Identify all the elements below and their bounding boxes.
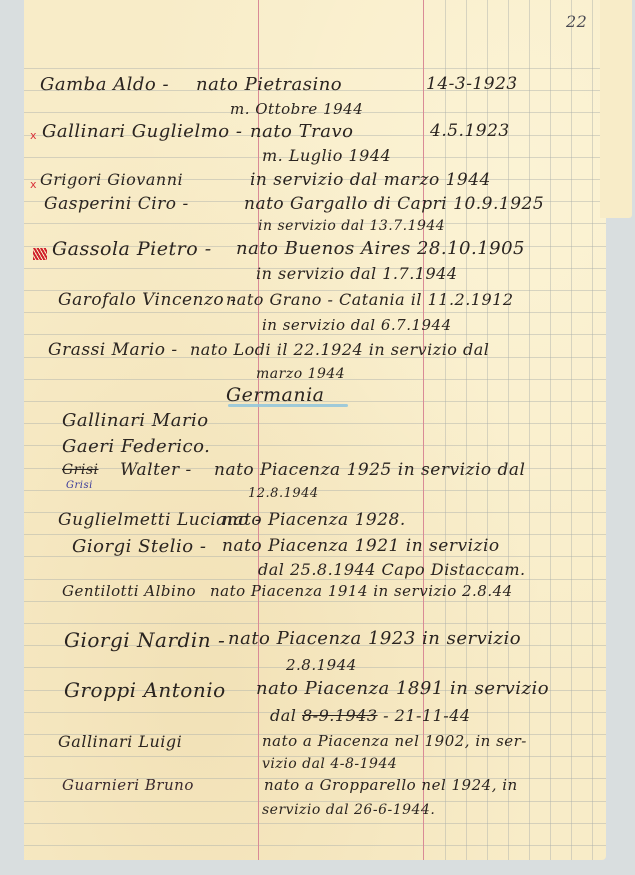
rule-line bbox=[24, 579, 606, 580]
entry-name: Guarnieri Bruno bbox=[62, 776, 194, 794]
entry-birth: nato Pietrasino bbox=[196, 74, 342, 95]
red-scribble-mark bbox=[33, 248, 47, 260]
column-line bbox=[571, 0, 572, 860]
entry-service: 12.8.1944 bbox=[248, 486, 319, 501]
entry-birth: nato Piacenza 1921 in servizio bbox=[222, 536, 500, 556]
column-line bbox=[529, 0, 530, 860]
rule-line bbox=[24, 845, 606, 846]
entry-birth: nato Grano - Catania il 11.2.1912 bbox=[226, 290, 514, 309]
entry-name: Gallinari Guglielmo - bbox=[42, 121, 242, 142]
entry-name: Gallinari Mario bbox=[62, 410, 209, 431]
entry-death: m. Ottobre 1944 bbox=[230, 100, 363, 118]
entry-name: Gentilotti Albino bbox=[62, 582, 196, 600]
entry-name: Gasperini Ciro - bbox=[44, 194, 189, 214]
entry-birth: nato Gargallo di Capri 10.9.1925 bbox=[244, 194, 544, 214]
rule-line bbox=[24, 601, 606, 602]
entry-service: in servizio dal 13.7.1944 bbox=[258, 218, 445, 234]
entry-service: in servizio dal 6.7.1944 bbox=[262, 316, 452, 334]
rule-line bbox=[24, 312, 606, 313]
rule-line bbox=[24, 623, 606, 624]
entry-service: marzo 1944 bbox=[256, 366, 345, 382]
entry-service: in servizio dal marzo 1944 bbox=[250, 170, 491, 190]
entry-service: servizio dal 26-6-1944. bbox=[262, 802, 435, 818]
struck-date: 8-9.1943 bbox=[302, 706, 378, 725]
entry-service: dal 25.8.1944 Capo Distaccam. bbox=[258, 560, 526, 579]
entry-name: Gamba Aldo - bbox=[40, 74, 169, 95]
entry-service: vizio dal 4-8-1944 bbox=[262, 756, 397, 772]
surname-correction: Grisi bbox=[66, 480, 93, 491]
entry-name: Groppi Antonio bbox=[64, 678, 226, 702]
entry-death: m. Luglio 1944 bbox=[262, 146, 391, 165]
entry-birth: nato Piacenza 1914 in servizio 2.8.44 bbox=[210, 582, 513, 600]
entry-birth: nato Piacenza 1923 in servizio bbox=[228, 628, 521, 649]
entry-birth: nato Travo bbox=[250, 121, 353, 142]
entry-name: Grassi Mario - bbox=[48, 340, 178, 360]
entry-name: Gallinari Luigi bbox=[58, 732, 182, 751]
entry-name: Giorgi Stelio - bbox=[72, 536, 206, 557]
entry-service: 2.8.1944 bbox=[286, 656, 357, 674]
entry-birth-date: 14-3-1923 bbox=[426, 74, 518, 94]
section-heading: Germania bbox=[226, 384, 325, 406]
rule-line bbox=[24, 334, 606, 335]
entry-birth: nato Lodi il 22.1924 in servizio dal bbox=[190, 340, 489, 359]
entry-birth: nato a Piacenza nel 1902, in ser- bbox=[262, 732, 527, 750]
entry-name: Gassola Pietro - bbox=[52, 238, 212, 260]
rule-line bbox=[24, 823, 606, 824]
rule-line bbox=[24, 68, 606, 69]
struck-surname: Grisi bbox=[62, 462, 99, 478]
entry-birth: nato Piacenza 1891 in servizio bbox=[256, 678, 549, 699]
service-prefix: dal bbox=[270, 706, 296, 725]
paper-top-right-extension bbox=[600, 0, 632, 218]
page-number: 22 bbox=[566, 12, 587, 31]
entry-birth: nato Piacenza 1925 in servizio dal bbox=[214, 460, 526, 480]
entry-service: in servizio dal 1.7.1944 bbox=[256, 264, 458, 283]
column-line bbox=[592, 0, 593, 860]
heading-underline bbox=[228, 404, 348, 407]
entry-birth: nato Buenos Aires 28.10.1905 bbox=[236, 238, 525, 259]
entry-name: Grigori Giovanni bbox=[40, 170, 183, 189]
x-mark: x bbox=[30, 178, 37, 191]
rule-line bbox=[24, 534, 606, 535]
entry-birth-date: 4.5.1923 bbox=[430, 121, 510, 141]
entry-birth: nato a Gropparello nel 1924, in bbox=[264, 776, 518, 794]
entry-birth: nato Piacenza 1928. bbox=[222, 510, 406, 530]
entry-name: Walter - bbox=[120, 460, 192, 480]
entry-name: Giorgi Nardin - bbox=[64, 628, 225, 652]
entry-name: Garofalo Vincenzo - bbox=[58, 290, 236, 310]
entry-service: dal 8-9.1943 - 21-11-44 bbox=[270, 706, 471, 725]
x-mark: x bbox=[30, 129, 37, 142]
corrected-date: - 21-11-44 bbox=[383, 706, 470, 725]
column-line bbox=[550, 0, 551, 860]
margin-line-right bbox=[423, 0, 424, 860]
entry-name: Gaeri Federico. bbox=[62, 436, 210, 457]
